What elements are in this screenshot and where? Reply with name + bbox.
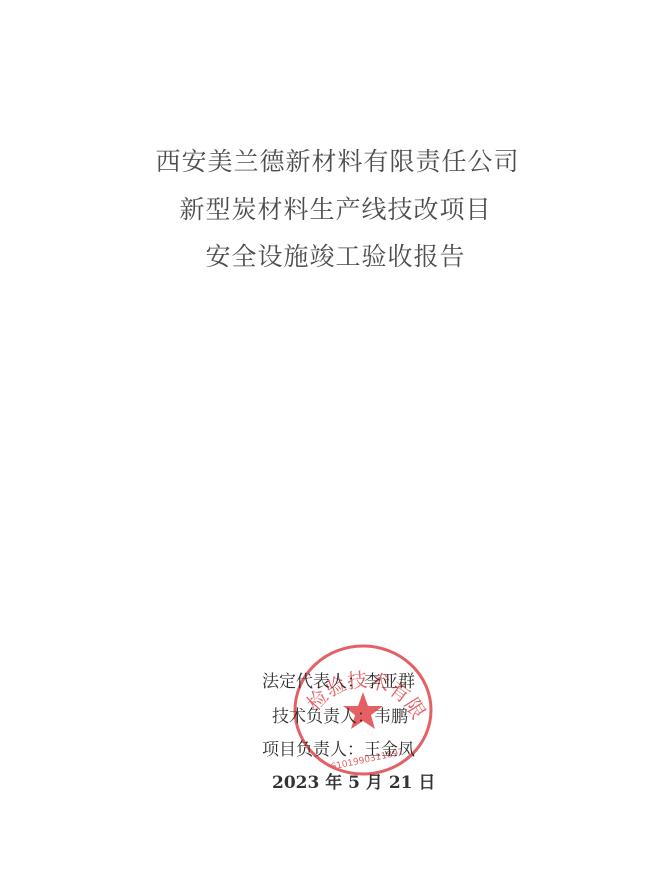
- document-page: 西安美兰德新材料有限责任公司 新型炭材料生产线技改项目 安全设施竣工验收报告 检…: [0, 0, 667, 884]
- project-name-title: 新型炭材料生产线技改项目: [2, 195, 667, 225]
- project-lead-line: 项目负责人：王金凤: [262, 739, 415, 761]
- technical-lead-line: 技术负责人：韦鹏: [272, 706, 408, 728]
- legal-representative-line: 法定代表人：李亚群: [262, 671, 415, 693]
- report-date: 2023 年 5 月 21 日: [272, 772, 435, 794]
- company-name-title: 西安美兰德新材料有限责任公司: [4, 147, 667, 177]
- report-type-title: 安全设施竣工验收报告: [2, 242, 667, 272]
